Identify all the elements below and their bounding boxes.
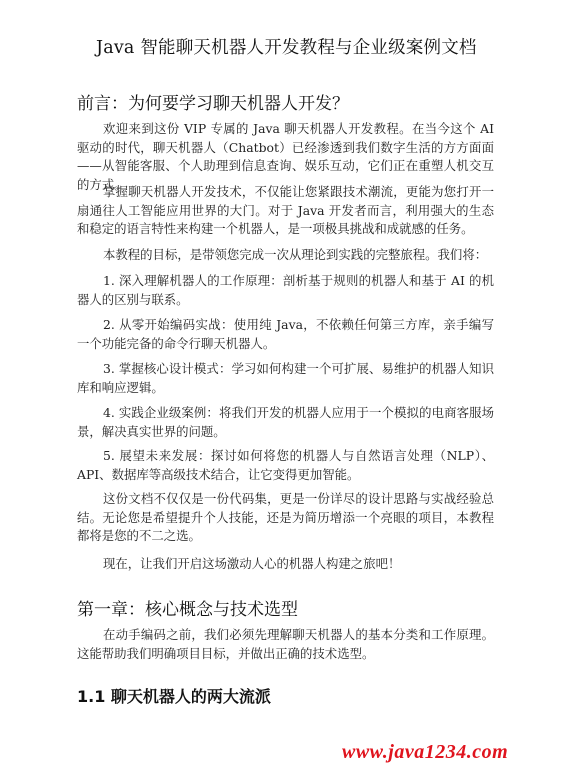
goal-item-1: 1. 深入理解机器人的工作原理：剖析基于规则的机器人和基于 AI 的机器人的区别… [77, 272, 494, 309]
goal-item-2: 2. 从零开始编码实战：使用纯 Java，不依赖任何第三方库，亲手编写一个功能完… [77, 316, 494, 353]
goal-item-4: 4. 实践企业级案例：将我们开发的机器人应用于一个模拟的电商客服场景，解决真实世… [77, 404, 494, 441]
chapter-1-paragraph-1: 在动手编码之前，我们必须先理解聊天机器人的基本分类和工作原理。这能帮助我们明确项… [77, 626, 494, 663]
watermark: www.java1234.com [342, 741, 508, 764]
preface-paragraph-closing: 现在，让我们开启这场激动人心的机器人构建之旅吧！ [77, 555, 494, 574]
preface-paragraph-2: 掌握聊天机器人开发技术，不仅能让您紧跟技术潮流，更能为您打开一扇通往人工智能应用… [77, 183, 494, 239]
goal-item-3: 3. 掌握核心设计模式：学习如何构建一个可扩展、易维护的机器人知识库和响应逻辑。 [77, 360, 494, 397]
chapter-1-heading: 第一章：核心概念与技术选型 [77, 595, 298, 620]
document-title: Java 智能聊天机器人开发教程与企业级案例文档 [96, 36, 474, 60]
preface-paragraph-3: 本教程的目标，是带领您完成一次从理论到实践的完整旅程。我们将： [77, 246, 494, 265]
goal-item-5: 5. 展望未来发展：探讨如何将您的机器人与自然语言处理（NLP）、API、数据库… [77, 447, 494, 484]
section-1-1-heading: 1.1 聊天机器人的两大流派 [77, 684, 271, 707]
preface-heading: 前言：为何要学习聊天机器人开发？ [77, 89, 349, 114]
preface-paragraph-summary: 这份文档不仅仅是一份代码集，更是一份详尽的设计思路与实战经验总结。无论您是希望提… [77, 490, 494, 546]
